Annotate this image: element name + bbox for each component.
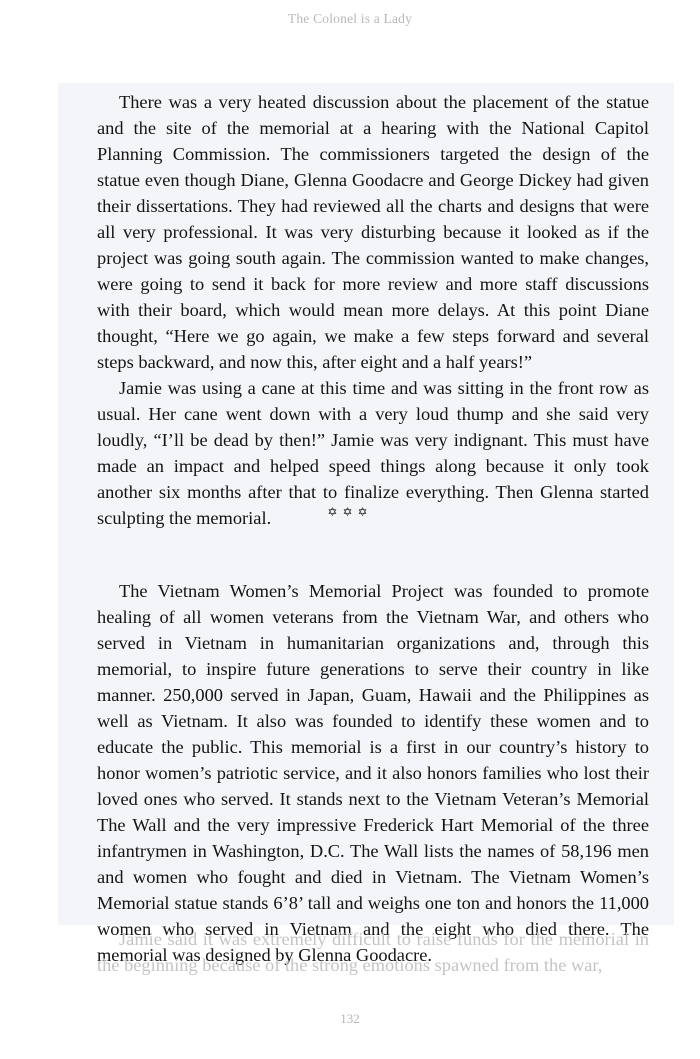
page-number: 132 (0, 1011, 700, 1027)
paragraph-memorial-project: The Vietnam Women’s Memorial Project was… (97, 578, 649, 968)
paragraph-fundraising: Jamie said it was extremely difficult to… (97, 926, 649, 978)
section-2: The Vietnam Women’s Memorial Project was… (97, 578, 649, 968)
section-1: There was a very heated discussion about… (97, 89, 649, 531)
section-3-faded: Jamie said it was extremely difficult to… (97, 926, 649, 978)
running-header: The Colonel is a Lady (0, 11, 700, 27)
paragraph-placement-discussion: There was a very heated discussion about… (97, 89, 649, 375)
section-break-stars-icon: ✡✡✡ (0, 505, 700, 520)
